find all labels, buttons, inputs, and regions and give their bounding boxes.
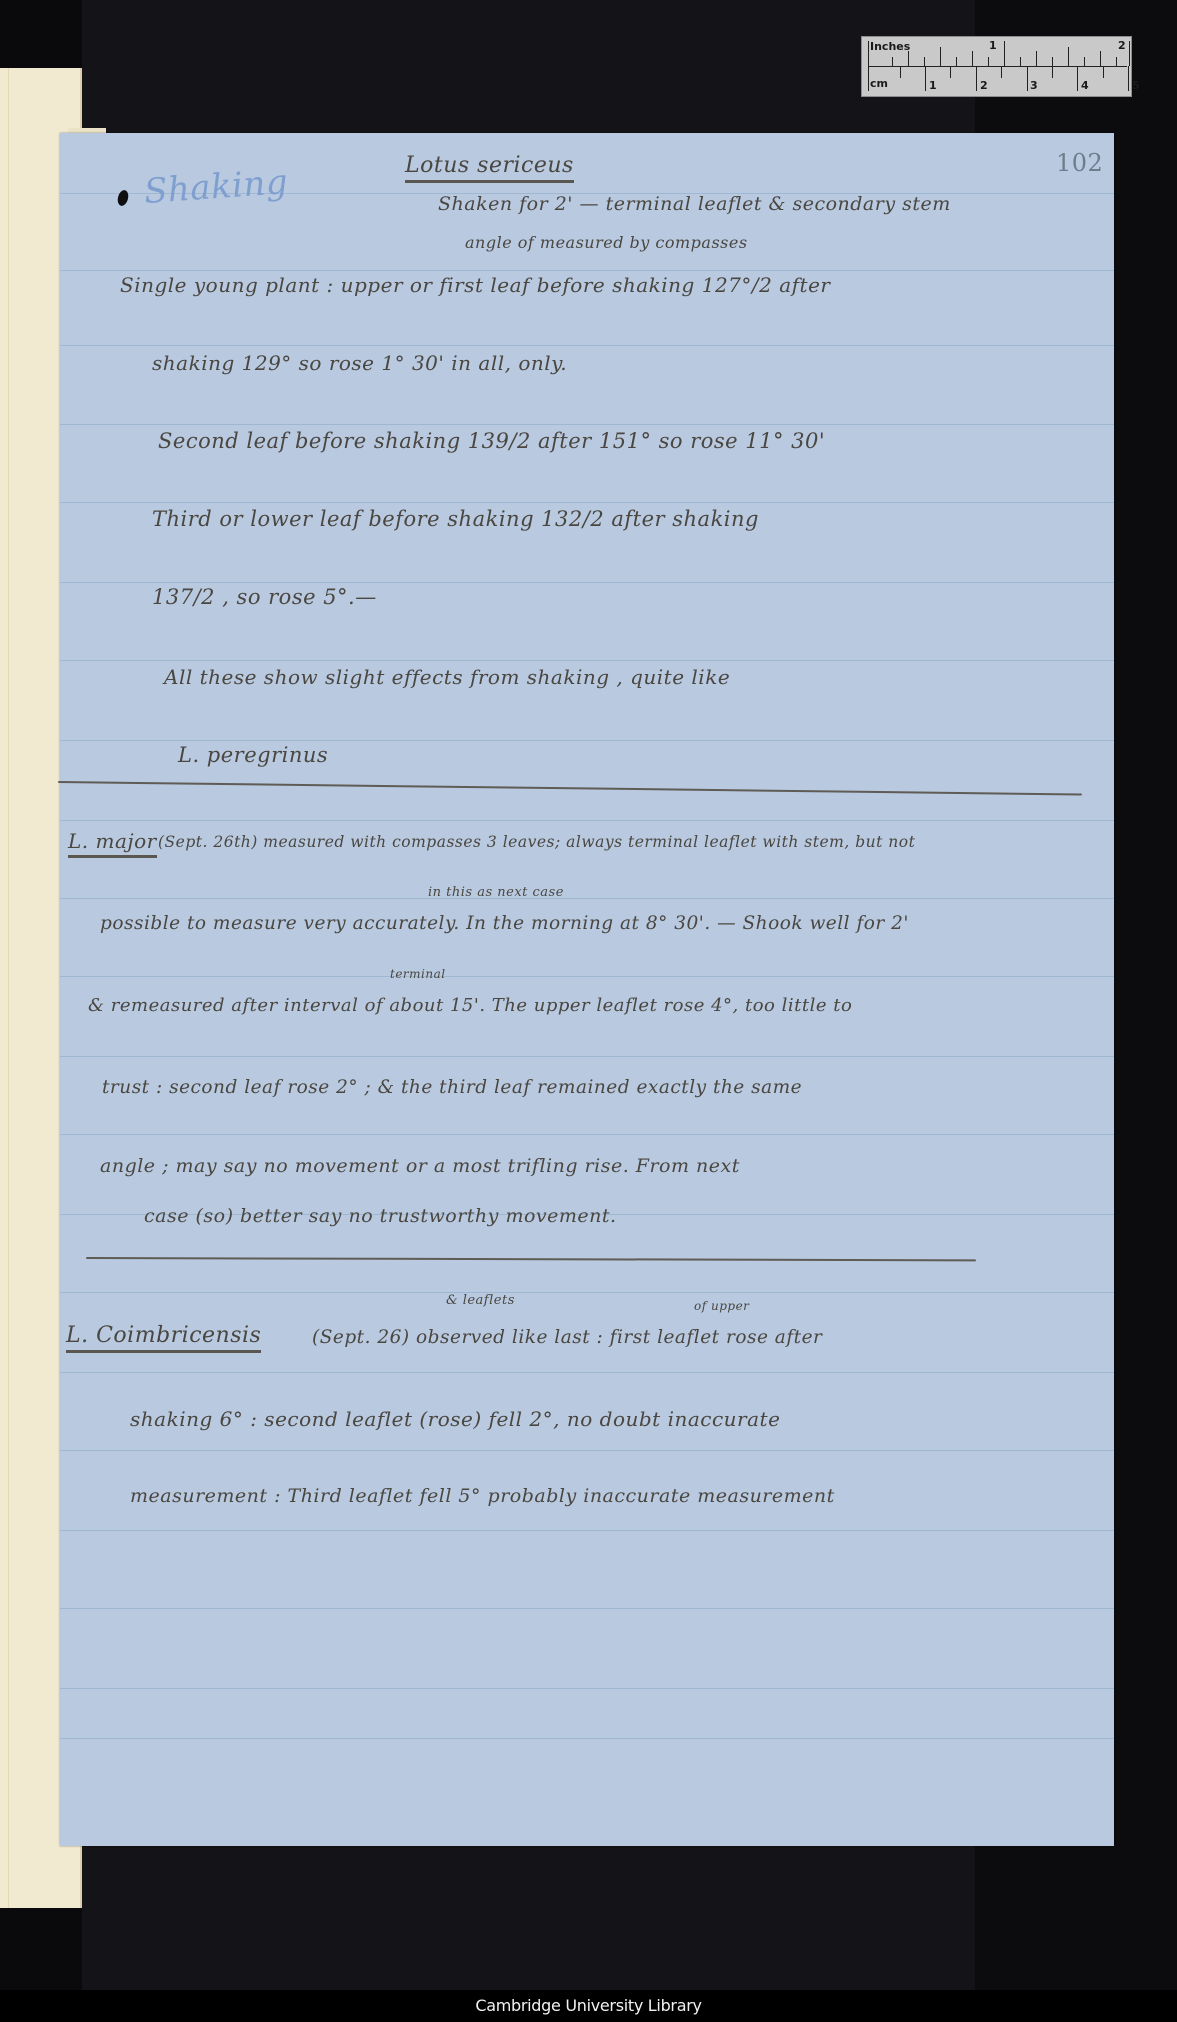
text-line: All these show slight effects from shaki… [164,665,730,689]
ruled-line [60,740,1114,741]
ruled-line [60,1056,1114,1057]
text-line: shaking 6° : second leaflet (rose) fell … [130,1407,780,1431]
text-line: Single young plant : upper or first leaf… [120,273,830,297]
text-line: Third or lower leaf before shaking 132/2… [152,507,759,531]
interlinear-insertion: in this as next case [428,885,564,900]
ruler-cm-mark-1: 1 [929,79,937,92]
text-line: L. peregrinus [178,743,328,767]
ruler-inch-mark-2: 2 [1118,39,1126,52]
text-line: shaking 129° so rose 1° 30' in all, only… [152,351,567,375]
text-line: possible to measure very accurately. In … [100,913,909,934]
interlinear-insertion: of upper [694,1299,749,1313]
subtitle-line-2: angle of measured by compasses [465,233,748,252]
section-divider [86,1257,976,1261]
ruler-inches-label: Inches [870,40,910,53]
ruler-tick [1129,41,1130,66]
ruled-line [60,502,1114,503]
ruler-cm-mark-2: 2 [980,79,988,92]
text-line: angle ; may say no movement or a most tr… [100,1155,740,1177]
ruled-line [60,270,1114,271]
ruler-tick [988,57,989,66]
interlinear-insertion: terminal [390,967,446,981]
ruled-line [60,1372,1114,1373]
ruler-tick [950,66,951,78]
margin-note: Shaking [143,162,290,212]
ruled-line [60,820,1114,821]
ruler-tick [1036,51,1037,66]
ruler-tick [1001,66,1002,78]
ruler-tick [956,57,957,66]
ruler-axis [868,66,1127,67]
text-line: (Sept. 26) observed like last : first le… [312,1327,822,1348]
section-title: Lotus sericeus [405,153,574,183]
text-line: & remeasured after interval of about 15'… [88,995,852,1016]
ruler-tick [1116,57,1117,66]
ruler-tick [1100,51,1101,66]
ruled-line [60,424,1114,425]
ruled-line [60,1450,1114,1451]
ruler-tick [1027,66,1028,91]
folio-number: 102 [1056,149,1103,177]
ruler-tick [900,66,901,78]
ruler-tick [1020,57,1021,66]
ruler-tick [1068,47,1069,66]
text-line: trust : second leaf rose 2° ; & the thir… [102,1077,802,1098]
ruler-tick [868,41,869,91]
ruler-tick [908,51,909,66]
ruler-tick [1004,41,1005,66]
ruled-line [60,1530,1114,1531]
ruled-line [60,1134,1114,1135]
text-line: 137/2 , so rose 5°.— [152,585,377,609]
ruled-line [60,660,1114,661]
scale-ruler: Inches 1 2 cm 1 2 3 4 5 [861,36,1132,97]
ruler-inch-mark-1: 1 [989,39,997,52]
species-name-coimbricensis: L. Coimbricensis [66,1323,261,1353]
ruled-line [60,345,1114,346]
ruler-cm-label: cm [870,77,888,90]
ruler-tick [976,66,977,91]
ruled-line [60,582,1114,583]
manuscript-page: Shaking 102 Lotus sericeus Shaken for 2'… [60,133,1114,1846]
ruled-line [60,1292,1114,1293]
subtitle-line-1: Shaken for 2' — terminal leaflet & secon… [438,193,951,215]
species-name-major: L. major [68,829,157,858]
ruled-line [60,1688,1114,1689]
ruler-tick [892,57,893,66]
ruler-tick [1103,66,1104,78]
library-caption: Cambridge University Library [0,1990,1177,2022]
text-line: case (so) better say no trustworthy move… [144,1205,617,1227]
ruler-tick [1128,66,1129,91]
text-line: (Sept. 26th) measured with compasses 3 l… [158,833,915,851]
ruler-tick [972,51,973,66]
ruler-tick [1084,57,1085,66]
text-line: Second leaf before shaking 139/2 after 1… [158,429,825,453]
ruler-tick [1052,57,1053,66]
ruler-tick [940,47,941,66]
ruled-line [60,1738,1114,1739]
ruler-tick [925,66,926,91]
interlinear-insertion: & leaflets [446,1293,515,1308]
ruled-line [60,1608,1114,1609]
ruler-tick [1077,66,1078,91]
ruler-cm-mark-5: 5 [1132,79,1140,92]
ruler-cm-mark-4: 4 [1081,79,1089,92]
section-divider [58,781,1082,796]
ruled-line [60,898,1114,899]
text-line: measurement : Third leaflet fell 5° prob… [130,1485,835,1507]
ink-blot [116,189,130,207]
ruler-tick [1052,66,1053,78]
backing-sheet-fold [8,68,9,1908]
ruled-line [60,976,1114,977]
ruler-cm-mark-3: 3 [1030,79,1038,92]
ruler-tick [924,57,925,66]
